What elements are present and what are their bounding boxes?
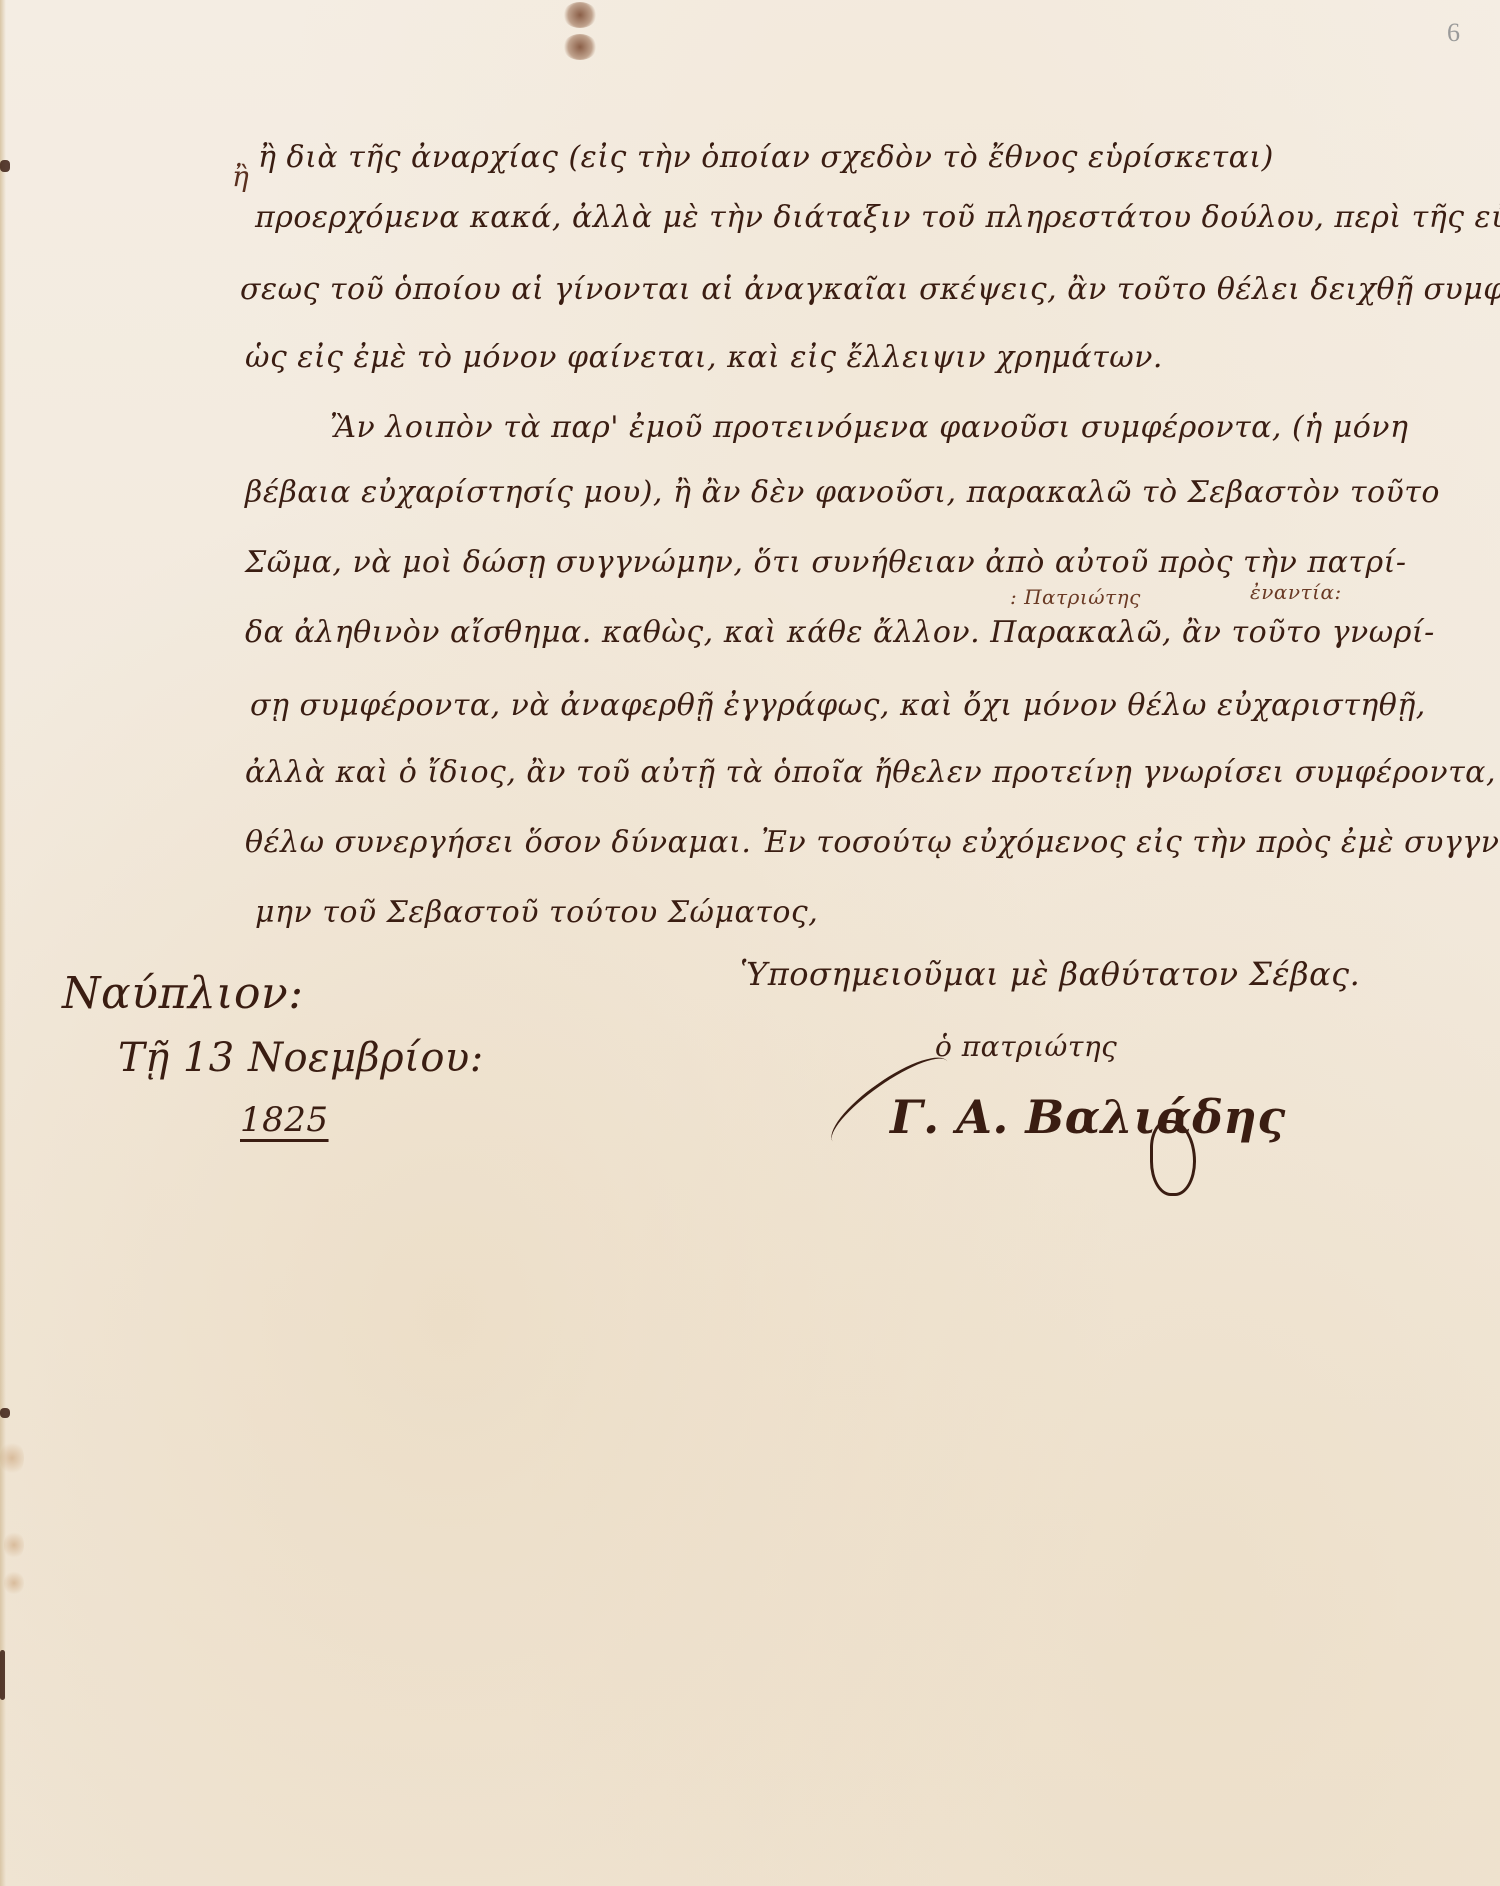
- letter-date: Τῇ 13 Νοεμβρίου:: [118, 1035, 484, 1081]
- page-edge-shadow: [0, 0, 6, 1886]
- interlinear-note-2: ἐναντία:: [1250, 580, 1342, 604]
- signature: Γ. Α. Βαλιάδης: [890, 1090, 1286, 1144]
- body-line-9: σῃ συμφέροντα, νὰ ἀναφερθῇ ἐγγράφως, καὶ…: [250, 688, 1426, 723]
- foxing-spot: [4, 1530, 24, 1560]
- body-line-1: ἢ διὰ τῆς ἀναρχίας (εἰς τὴν ὁποίαν σχεδὸ…: [258, 140, 1488, 175]
- body-line-8: δα ἀληθινὸν αἴσθημα. καθὼς, καὶ κάθε ἄλλ…: [245, 615, 1435, 650]
- manuscript-page: 6 ἢ ἢ διὰ τῆς ἀναρχίας (εἰς τὴν ὁποίαν σ…: [0, 0, 1500, 1886]
- body-line-12: μην τοῦ Σεβαστοῦ τούτου Σώματος,: [255, 895, 818, 930]
- body-line-10: ἀλλὰ καὶ ὁ ἴδιος, ἂν τοῦ αὐτῇ τὰ ὁποῖα ἤ…: [245, 755, 1496, 790]
- body-line-3: σεως τοῦ ὁποίου αἱ γίνονται αἱ ἀναγκαῖαι…: [240, 272, 1500, 307]
- interlinear-note-1: : Πατριώτης: [1010, 585, 1141, 609]
- place-name: Ναύπλιον:: [62, 968, 304, 1019]
- body-line-2: προερχόμενα κακά, ἀλλὰ μὲ τὴν διάταξιν τ…: [255, 200, 1500, 235]
- foxing-spot: [0, 1440, 24, 1476]
- body-line-4: ὡς εἰς ἐμὲ τὸ μόνον φαίνεται, καὶ εἰς ἔλ…: [245, 340, 1163, 375]
- closing-formula: Ὑποσημειοῦμαι μὲ βαθύτατον Σέβας.: [740, 955, 1360, 993]
- ink-stain: [563, 34, 597, 60]
- body-line-6: βέβαια εὐχαρίστησίς μου), ἢ ἂν δὲν φανοῦ…: [245, 475, 1440, 510]
- margin-mark: ἢ: [232, 160, 249, 193]
- edge-mark: [0, 1408, 10, 1418]
- ink-stain: [563, 2, 597, 28]
- closing-title: ὁ πατριώτης: [935, 1030, 1117, 1063]
- edge-mark: [0, 160, 10, 172]
- body-line-7: Σῶμα, νὰ μοὶ δώσῃ συγγνώμην, ὅτι συνήθει…: [245, 545, 1407, 580]
- foxing-spot: [4, 1570, 24, 1596]
- folio-number: 6: [1447, 18, 1460, 48]
- body-line-11: θέλω συνεργήσει ὅσον δύναμαι. Ἐν τοσούτῳ…: [245, 825, 1500, 860]
- edge-mark: [0, 1650, 5, 1700]
- letter-year: 1825: [240, 1100, 329, 1140]
- body-line-5: Ἂν λοιπὸν τὰ παρ' ἐμοῦ προτεινόμενα φανο…: [330, 410, 1408, 445]
